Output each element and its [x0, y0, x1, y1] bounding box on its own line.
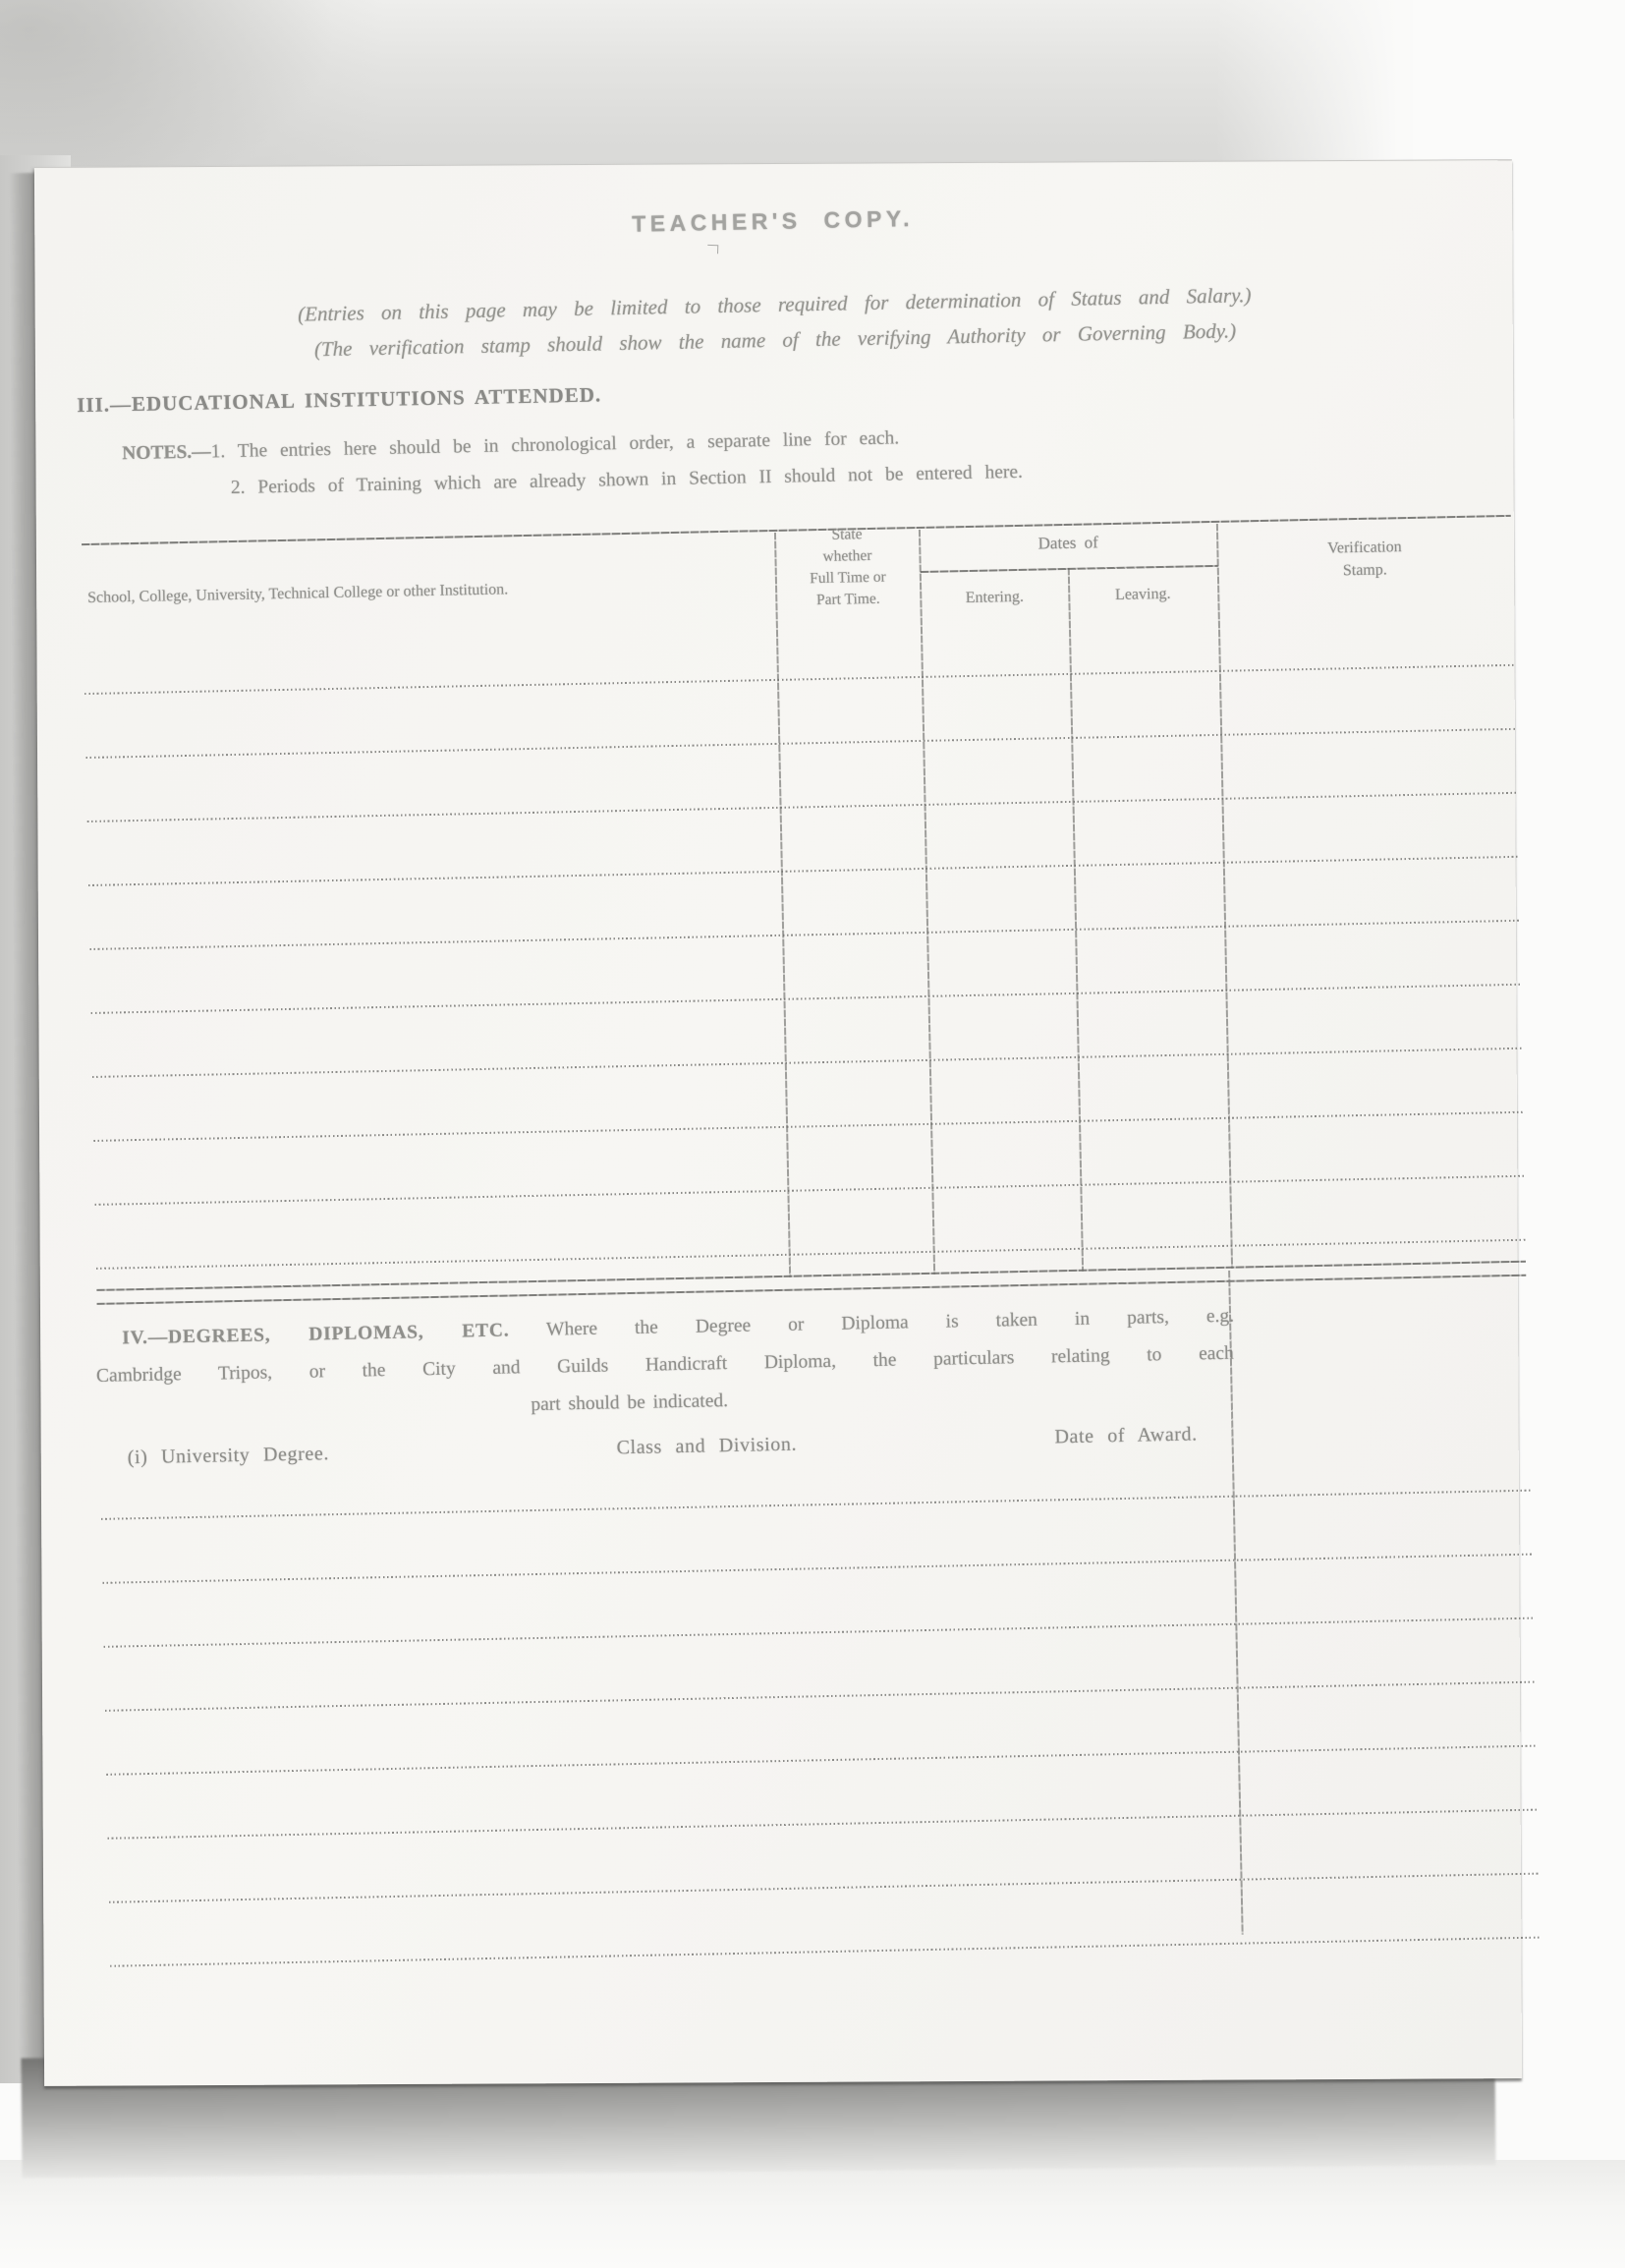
section-iii-heading: III.—EDUCATIONAL INSTITUTIONS ATTENDED.: [77, 382, 601, 418]
section-iv-heading: IV.—DEGREES, DIPLOMAS, ETC.: [122, 1320, 510, 1348]
state-line-3: Full Time or: [776, 566, 920, 591]
page-title: TEACHER'S COPY.: [399, 200, 1146, 242]
state-line-2: whether: [775, 544, 919, 569]
col-header-state: State whether Full Time or Part Time.: [775, 523, 921, 612]
blank-entry-ruled-line: [102, 1554, 1532, 1584]
blank-entry-ruled-line: [107, 1809, 1537, 1840]
section-iv-body-line-2: Cambridge Tripos, or the City and Guilds…: [96, 1343, 1234, 1388]
blank-entry-ruled-line: [91, 984, 1521, 1014]
blank-entry-ruled-line: [84, 664, 1514, 695]
scanned-form-page: { "colors": { "paper": "#f5f4f1", "scann…: [0, 0, 1625, 2268]
blank-entry-ruled-line: [104, 1617, 1534, 1648]
section-iv-vline: [1228, 1271, 1243, 1935]
label-class-division: Class and Division.: [616, 1434, 797, 1460]
blank-entry-ruled-line: [105, 1681, 1535, 1712]
section-iv-body-line-3: part should be indicated.: [384, 1388, 875, 1419]
blank-entry-ruled-line: [95, 1175, 1525, 1206]
verification-line-2: Stamp.: [1218, 556, 1512, 585]
section-iv-heading-line: IV.—DEGREES, DIPLOMAS, ETC. Where the De…: [122, 1306, 1234, 1350]
state-line-4: Part Time.: [776, 588, 920, 612]
blank-entry-ruled-line: [106, 1745, 1536, 1776]
blank-entry-ruled-line: [88, 856, 1518, 886]
note-1-text: 1. The entries here should be in chronol…: [210, 427, 899, 462]
blank-entry-ruled-line: [92, 1048, 1522, 1078]
state-line-1: State: [775, 523, 919, 547]
col-header-entering: Entering.: [921, 588, 1068, 608]
label-date-of-award: Date of Award.: [1054, 1423, 1198, 1448]
blank-entry-ruled-line: [89, 920, 1519, 950]
table-vline-1: [774, 533, 791, 1277]
notes-label: NOTES.—: [122, 441, 211, 464]
blank-entry-ruled-line: [109, 1873, 1539, 1903]
col-header-verification: Verification Stamp.: [1217, 534, 1512, 585]
col-header-dates-group: Dates of: [920, 531, 1216, 556]
col-header-leaving: Leaving.: [1068, 585, 1217, 605]
table-bottom-rule-1: [96, 1261, 1526, 1291]
stray-printers-mark-icon: [707, 245, 718, 254]
note-line-1: NOTES.—1. The entries here should be in …: [122, 427, 899, 465]
note-line-2: 2. Periods of Training which are already…: [231, 462, 1023, 499]
section-iv-heading-continuation: Where the Degree or Diploma is taken in …: [546, 1306, 1234, 1340]
section-iv-rows: [0, 0, 1607, 2]
form-content: TEACHER'S COPY. (Entries on this page ma…: [0, 0, 1625, 2268]
blank-entry-ruled-line: [110, 1937, 1540, 1967]
col-header-institution: School, College, University, Technical C…: [87, 576, 765, 607]
blank-entry-ruled-line: [101, 1490, 1531, 1520]
table-bottom-rule-2: [97, 1275, 1527, 1305]
table-vline-4: [1216, 524, 1233, 1269]
table-vline-2: [919, 530, 935, 1275]
blank-entry-ruled-line: [85, 728, 1515, 759]
label-university-degree: (i) University Degree.: [127, 1443, 329, 1469]
blank-entry-ruled-line: [87, 792, 1517, 822]
section-iii-rows: [0, 0, 1607, 2]
blank-entry-ruled-line: [93, 1111, 1523, 1142]
